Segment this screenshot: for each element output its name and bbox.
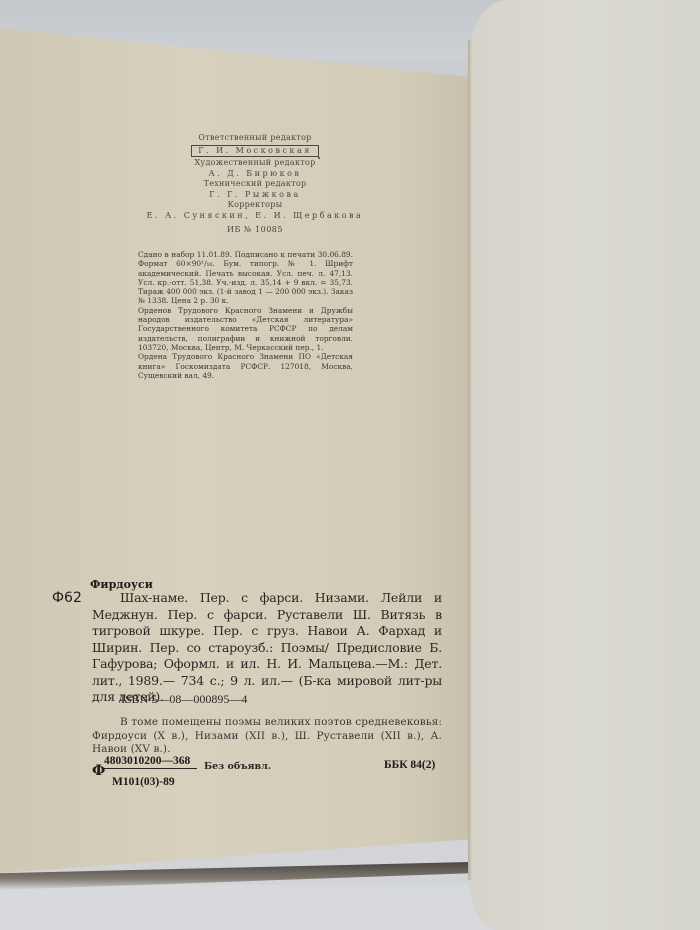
- ink-dot: [318, 157, 320, 159]
- table-surface: [0, 885, 540, 930]
- imprint-block: Сдано в набор 11.01.89. Подписано к печа…: [138, 250, 353, 380]
- credit-role: Технический редактор: [120, 179, 390, 190]
- credit-role: Художественный редактор: [120, 158, 390, 169]
- bbk-code: ББК 84(2): [384, 759, 435, 771]
- index-numerator: 4803010200—368: [104, 755, 190, 767]
- annotation: В томе помещены поэмы великих поэтов сре…: [92, 716, 442, 757]
- classification-code: Ф62: [52, 590, 82, 606]
- bibliographic-description: Шах-наме. Пер. с фарси. Низами. Лейли и …: [92, 590, 442, 706]
- imprint-print-details: Сдано в набор 11.01.89. Подписано к печа…: [138, 250, 353, 306]
- ib-number: ИБ № 10085: [120, 225, 390, 236]
- fraction-line: [104, 768, 197, 769]
- imprint-printer: Ордена Трудового Красного Знамени ПО «Де…: [138, 352, 353, 380]
- imprint-publisher: Орденов Трудового Красного Знамени и Дру…: [138, 306, 353, 352]
- credit-name-boxed: Г. И. Московская: [191, 145, 319, 158]
- credit-name: Г. Г. Рыжкова: [120, 190, 390, 201]
- credits-block: Ответственный редактор Г. И. Московская …: [120, 133, 390, 236]
- credit-name: Е. А. Суняскин, Е. И. Щербакова: [120, 211, 390, 222]
- no-ads-label: Без объявл.: [204, 761, 271, 772]
- credit-role: Ответственный редактор: [120, 133, 390, 144]
- credit-name: А. Д. Бирюков: [120, 169, 390, 180]
- credit-role: Корректоры: [120, 200, 390, 211]
- index-denominator: М101(03)-89: [112, 776, 175, 788]
- right-page: [468, 0, 700, 930]
- isbn: ISBN 5—08—000895—4: [121, 692, 247, 707]
